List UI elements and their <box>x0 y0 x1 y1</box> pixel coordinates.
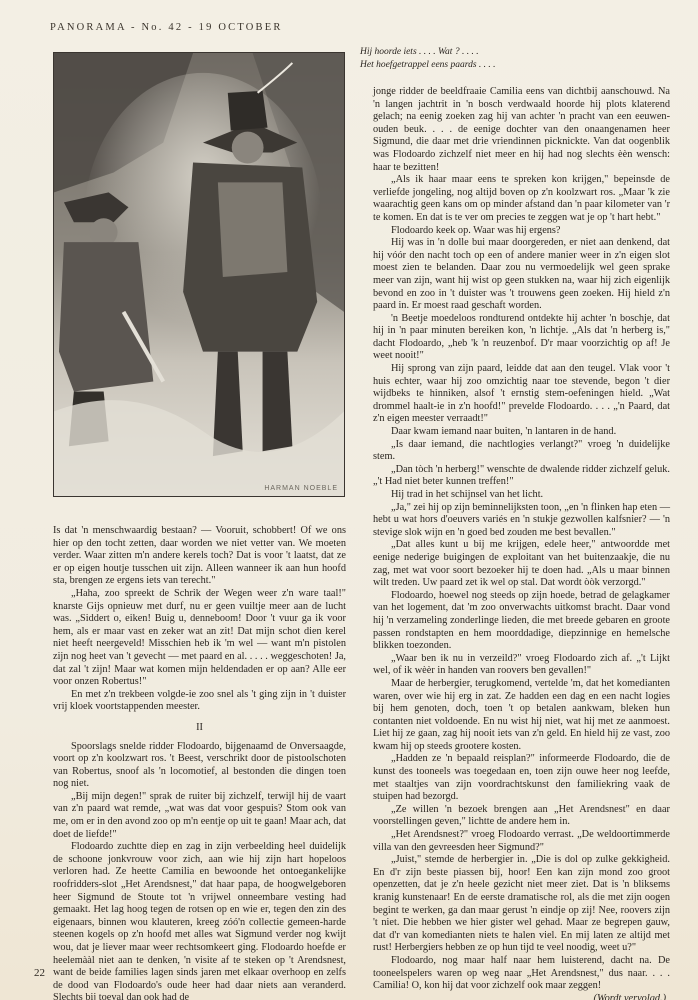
paragraph: „Bij mijn degen!" sprak de ruiter bij zi… <box>53 791 346 841</box>
paragraph: Is dat 'n menschwaardig bestaan? — Vooru… <box>53 525 346 588</box>
paragraph: Maar de herbergier, terugkomend, verteld… <box>373 678 670 754</box>
paragraph: „Hadden ze 'n bepaald reisplan?" informe… <box>373 753 670 803</box>
caption-line: Hij hoorde iets . . . . Wat ? . . . . <box>360 46 680 59</box>
paragraph: Flodoardo zuchtte diep en zag in zijn ve… <box>53 841 346 1000</box>
paragraph: Hij trad in het schijnsel van het licht. <box>373 489 670 502</box>
paragraph: jonge ridder de beeldfraaie Camilia eens… <box>373 86 670 174</box>
paragraph: Flodoardo, nog maar half naar hem luiste… <box>373 955 670 993</box>
bandits-illustration-icon <box>54 53 344 496</box>
running-head: PANORAMA - No. 42 - 19 OCTOBER <box>50 22 283 33</box>
paragraph: „Als ik haar maar eens te spreken kon kr… <box>373 174 670 224</box>
illustration: HARMAN NOEBLE <box>53 52 345 497</box>
paragraph: 'n Beetje moedeloos rondturend ontdekte … <box>373 313 670 363</box>
to-be-continued: (Wordt vervolgd.) <box>373 993 670 1000</box>
paragraph: „Dan tòch 'n herberg!" wenschte de dwale… <box>373 464 670 489</box>
caption-line: Het hoefgetrappel eens paards . . . . <box>360 59 680 72</box>
paragraph: „Ze willen 'n bezoek brengen aan „Het Ar… <box>373 804 670 829</box>
illustration-caption: Hij hoorde iets . . . . Wat ? . . . . He… <box>360 46 680 71</box>
paragraph: „Juist," stemde de herbergier in. „Die i… <box>373 854 670 955</box>
paragraph: En met z'n trekbeen volgde-ie zoo snel a… <box>53 689 346 714</box>
paragraph: Spoorslags snelde ridder Flodoardo, bijg… <box>53 741 346 791</box>
illustration-signature: HARMAN NOEBLE <box>264 485 338 492</box>
paragraph: „Waar ben ik nu in verzeild?" vroeg Flod… <box>373 653 670 678</box>
paragraph: „Het Arendsnest?" vroeg Flodoardo verras… <box>373 829 670 854</box>
page-number: 22 <box>34 967 45 979</box>
paragraph: Daar kwam iemand naar buiten, 'n lantare… <box>373 426 670 439</box>
paragraph: Hij was in 'n dolle bui maar doorgereden… <box>373 237 670 313</box>
paragraph: „Dat alles kunt u bij me krijgen, edele … <box>373 539 670 589</box>
section-number: II <box>53 722 346 735</box>
paragraph: „Is daar iemand, die nachtlogies verlang… <box>373 439 670 464</box>
paragraph: Flodoardo keek op. Waar was hij ergens? <box>373 225 670 238</box>
paragraph: Hij sprong van zijn paard, leidde dat aa… <box>373 363 670 426</box>
paragraph: „Ja," zei hij op zijn beminnelijksten to… <box>373 502 670 540</box>
left-column: Is dat 'n menschwaardig bestaan? — Vooru… <box>53 525 346 1000</box>
paragraph: „Haha, zoo spreekt de Schrik der Wegen w… <box>53 588 346 689</box>
paragraph: Flodoardo, hoewel nog steeds op zijn hoe… <box>373 590 670 653</box>
right-column: jonge ridder de beeldfraaie Camilia eens… <box>373 86 670 1000</box>
